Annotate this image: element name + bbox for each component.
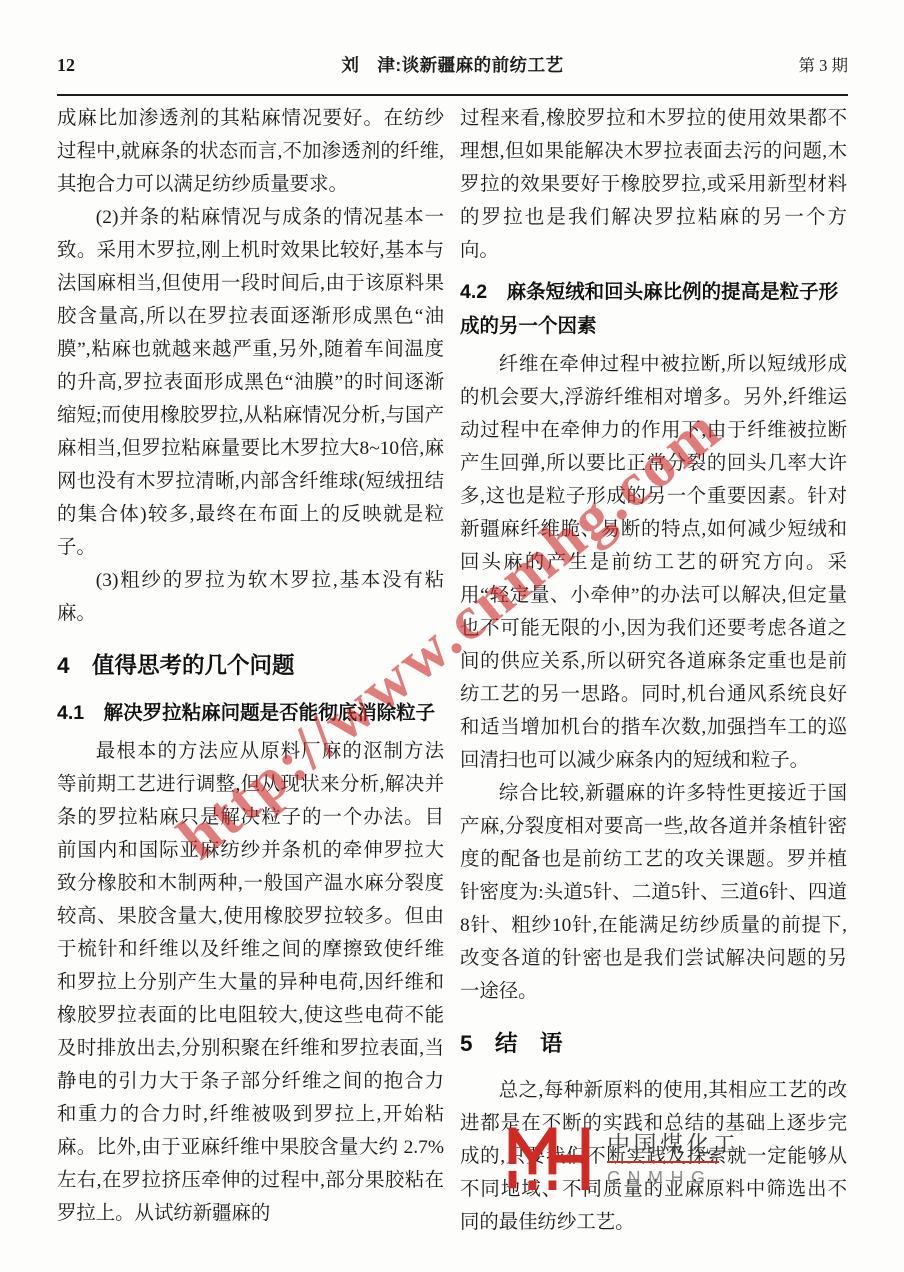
paragraph: 综合比较,新疆麻的许多特性更接近于国产麻,分裂度相对要高一些,故各道并条植针密度… <box>460 777 847 1008</box>
logo-name-cn: 中国煤化工 <box>607 1131 740 1157</box>
paragraph: 过程来看,橡胶罗拉和木罗拉的使用效果都不理想,但如果能解决木罗拉表面去污的问题,… <box>460 102 847 267</box>
publisher-logo: 中国煤化工 CNMHG <box>505 1124 740 1190</box>
paragraph: 最根本的方法应从原料厂麻的沤制方法等前期工艺进行调整,但从现状来分析,解决并条的… <box>57 735 444 1230</box>
logo-name-en: CNMHG <box>607 1168 740 1188</box>
section-heading-5: 5 结 语 <box>460 1029 847 1059</box>
paragraph: (2)并条的粘麻情况与成条的情况基本一致。采用木罗拉,刚上机时效果比较好,基本与… <box>57 201 444 564</box>
paragraph: 纤维在牵伸过程中被拉断,所以短绒形成的机会要大,浮游纤维相对增多。另外,纤维运动… <box>460 348 847 777</box>
paragraph: 成麻比加渗透剂的其粘麻情况要好。在纺纱过程中,就麻条的状态而言,不加渗透剂的纤维… <box>57 102 444 201</box>
logo-divider <box>607 1161 719 1163</box>
paragraph: (3)粗纱的罗拉为软木罗拉,基本没有粘麻。 <box>57 564 444 630</box>
section-heading-4: 4 值得思考的几个问题 <box>57 651 444 681</box>
journal-page: 12 刘 津:谈新疆麻的前纺工艺 第 3 期 成麻比加渗透剂的其粘麻情况要好。在… <box>0 0 904 1272</box>
running-title: 刘 津:谈新疆麻的前纺工艺 <box>147 52 758 77</box>
section-heading-4-1: 4.1 解决罗拉粘麻问题是否能彻底消除粒子 <box>57 696 444 730</box>
issue-label: 第 3 期 <box>758 52 848 76</box>
cnmhg-logo-icon <box>505 1124 593 1190</box>
section-heading-4-2: 4.2 麻条短绒和回头麻比例的提高是粒子形成的另一个因素 <box>460 275 847 343</box>
page-header: 12 刘 津:谈新疆麻的前纺工艺 第 3 期 <box>57 52 848 77</box>
right-column: 过程来看,橡胶罗拉和木罗拉的使用效果都不理想,但如果能解决木罗拉表面去污的问题,… <box>460 102 847 1239</box>
left-column: 成麻比加渗透剂的其粘麻情况要好。在纺纱过程中,就麻条的状态而言,不加渗透剂的纤维… <box>57 102 444 1239</box>
logo-text: 中国煤化工 CNMHG <box>607 1124 740 1188</box>
page-number: 12 <box>57 55 147 76</box>
article-body: 成麻比加渗透剂的其粘麻情况要好。在纺纱过程中,就麻条的状态而言,不加渗透剂的纤维… <box>57 102 848 1239</box>
header-rule <box>57 94 848 96</box>
